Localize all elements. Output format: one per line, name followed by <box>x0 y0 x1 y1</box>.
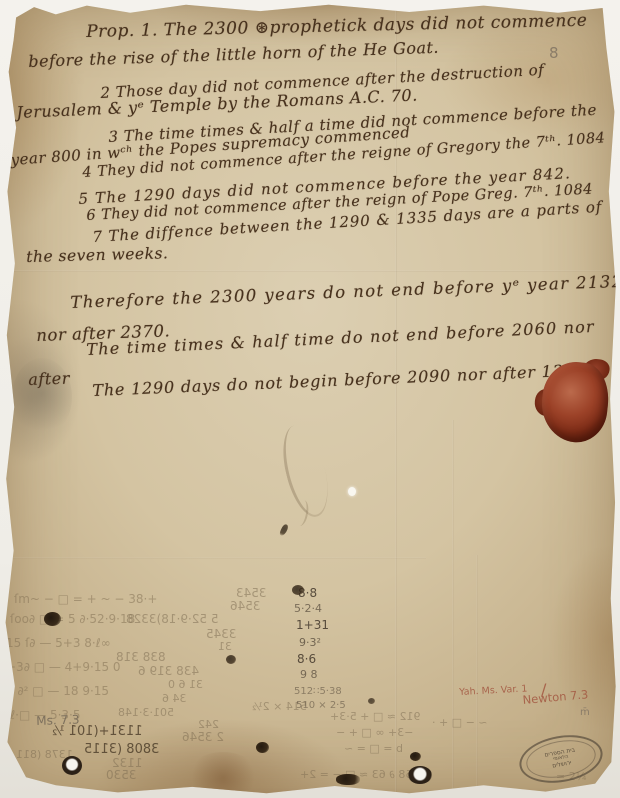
faded-fragment: +3∂ □ — 4+9·15 0 <box>6 660 121 674</box>
manuscript-line: Prop. 1. The 2300 ⊛prophetick days did n… <box>86 11 588 42</box>
dark-fragment: 5·2·4 <box>294 602 322 615</box>
wax-seal <box>538 359 612 445</box>
manuscript-line: The 1290 days do not begin before 2090 n… <box>92 360 586 400</box>
ink-blot <box>336 774 360 785</box>
bleed-fragment: 3530 <box>106 768 137 782</box>
faded-fragment: ſm~ − □ = + ~ − 38·+ <box>14 592 157 606</box>
ink-speck <box>279 523 289 536</box>
ink-blot <box>44 612 61 626</box>
paper-sheet: Prop. 1. The 2300 ⊛prophetick days did n… <box>0 0 620 798</box>
catalog-annotation-right: Newton 7.3 <box>522 687 589 707</box>
paper-hole <box>62 756 82 775</box>
stamp-text-line: ירושלים <box>552 760 572 770</box>
bleed-fragment: 3546 <box>230 599 261 613</box>
bleed-fragment: 3345 <box>206 627 237 641</box>
horizontal-crease <box>6 557 426 559</box>
bleed-fragment: b = □ = ~ <box>344 742 403 755</box>
dark-fragment: 9·3² <box>299 636 321 649</box>
dark-fragment: 510 × 2·5 <box>296 700 346 711</box>
ink-blot <box>256 742 269 753</box>
dark-fragment: 9 8 <box>300 668 318 681</box>
vertical-crease <box>476 555 478 793</box>
catalog-annotation-sub: m̄ <box>580 707 590 718</box>
ink-blot <box>226 655 236 664</box>
bleed-fragment: 838 318 <box>116 650 166 664</box>
bleed-fragment: 912 ≈ □ + 5·3+ <box>330 710 421 723</box>
bleed-fragment: 31 <box>218 640 232 653</box>
catalog-annotation-left: Yah. Ms. Var. 1 <box>459 683 528 698</box>
ink-flourish-tail <box>294 499 310 527</box>
bleed-fragment: 5 52·9·18)3328 <box>126 612 218 626</box>
faded-fragment: 5 ∂² □ — 18 9·15 <box>6 684 109 698</box>
bleed-fragment: 438 319 6 <box>138 664 199 678</box>
ink-blot <box>292 585 304 595</box>
paper-hole <box>408 766 432 784</box>
ink-blot <box>368 698 375 704</box>
vertical-crease <box>452 420 454 792</box>
library-stamp-inner-ring: בית הספרים הלאומי ירושלים <box>523 735 599 782</box>
horizontal-crease <box>10 270 610 272</box>
dark-fragment: 1+31 <box>296 618 329 632</box>
ink-blot <box>410 752 421 761</box>
dark-fragment: 8·6 <box>297 652 316 666</box>
bleed-fragment: 3543 <box>236 586 267 600</box>
faded-fragment: ſoo∂ □ = 5 ∂·52·9·18 <box>10 612 135 626</box>
white-fleck <box>348 487 356 496</box>
library-stamp: בית הספרים הלאומי ירושלים <box>516 729 607 789</box>
bleed-fragment: −3+ ∞ □ + − <box>336 726 413 739</box>
bleed-fragment: ~ − □ + · <box>432 716 488 729</box>
page-number: 8 <box>549 44 559 62</box>
bleed-fragment: 3808 (3115 <box>84 742 159 757</box>
manuscript-line: before the rise of the little horn of th… <box>28 38 439 71</box>
dark-fragment: 512∷5·38 <box>294 686 342 697</box>
manuscript-line: Therefore the 2300 years do not end befo… <box>70 272 620 312</box>
faded-fragment: 15 ſ∂ — 5+3 8·ℓ∞ <box>6 636 111 650</box>
manuscript-scan: Prop. 1. The 2300 ⊛prophetick days did n… <box>0 0 620 798</box>
stain <box>188 752 258 798</box>
bleed-fragment: 34 6 <box>162 692 187 705</box>
manuscript-line: the seven weeks. <box>26 244 169 266</box>
bleed-fragment: 501·3·148 <box>118 706 174 719</box>
pencil-ms-mark: Ms. 7.3 <box>36 712 80 728</box>
bleed-fragment: 31 6 0 <box>168 678 203 691</box>
manuscript-line: after <box>28 369 70 389</box>
bleed-fragment: 2 3546 <box>182 730 224 744</box>
